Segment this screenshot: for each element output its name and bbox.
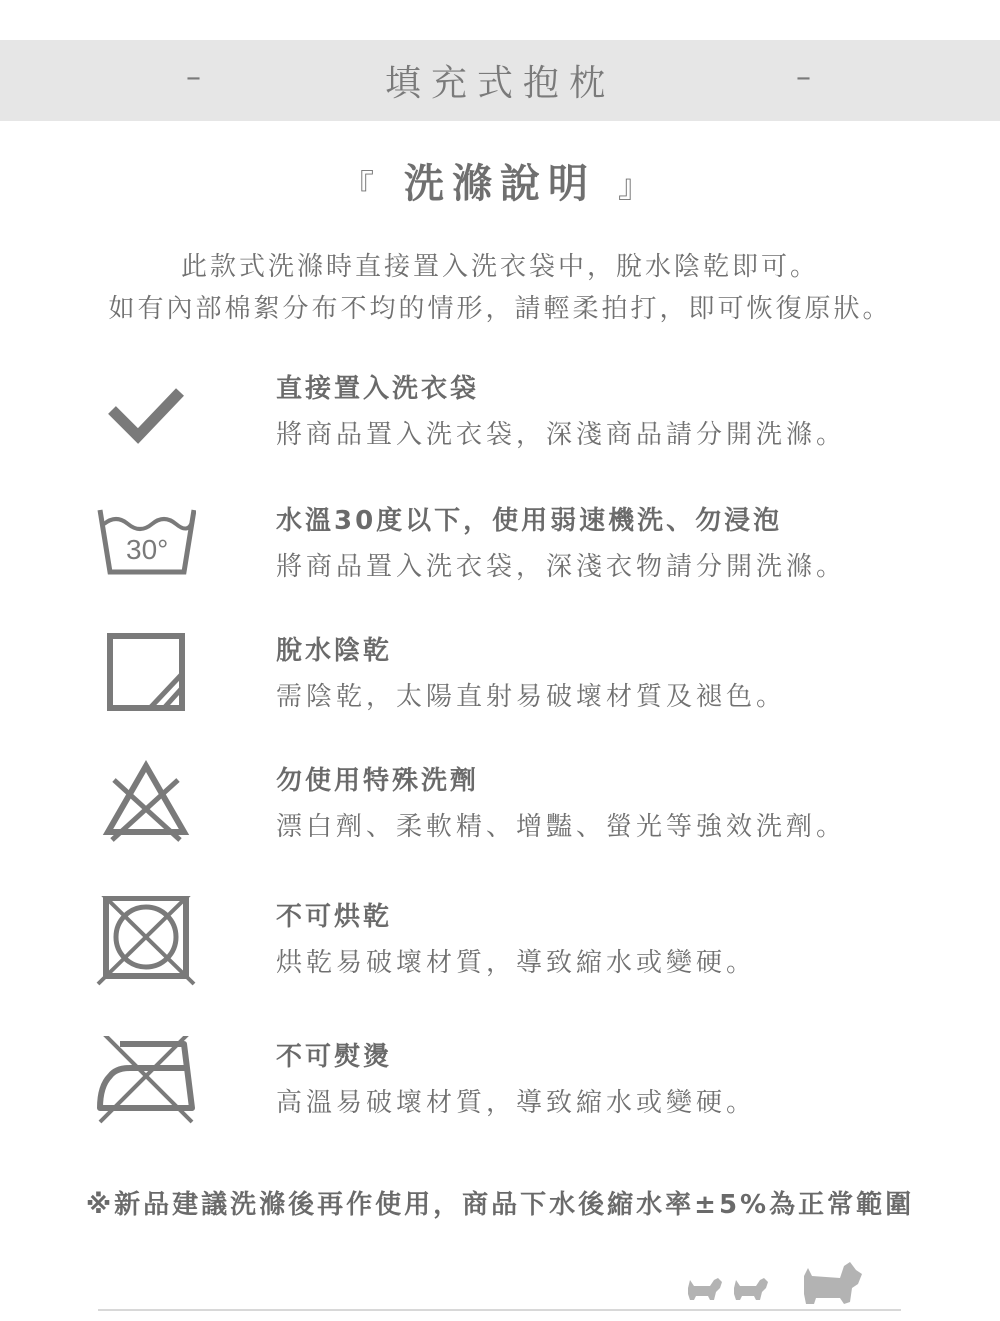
care-item-description: 需陰乾，太陽直射易破壞材質及褪色。 (276, 676, 786, 713)
care-item-heading: 不可烘乾 (276, 896, 392, 933)
care-item-description: 烘乾易破壞材質，導致縮水或變硬。 (276, 942, 756, 979)
no-bleach-icon (96, 760, 196, 860)
care-item-heading: 勿使用特殊洗劑 (276, 760, 479, 797)
care-item-no-iron: 不可熨燙 高溫易破壞材質，導致縮水或變硬。 (0, 1036, 1000, 1146)
svg-text:30°: 30° (126, 534, 168, 565)
dry-in-shade-icon (96, 630, 196, 730)
checkmark-icon (96, 372, 196, 472)
product-banner: – 填充式抱枕 – (0, 40, 1000, 121)
banner-title: 填充式抱枕 (385, 55, 615, 106)
care-item-heading: 直接置入洗衣袋 (276, 368, 479, 405)
banner-dash-right: – (796, 60, 811, 95)
wash-30-icon: 30° (96, 500, 196, 600)
footer-divider (98, 1309, 901, 1311)
intro-line-2: 如有內部棉絮分布不均的情形，請輕柔拍打，即可恢復原狀。 (0, 288, 1000, 330)
care-item-heading: 脫水陰乾 (276, 630, 392, 667)
bracket-close: 』 (618, 167, 658, 205)
care-item-description: 將商品置入洗衣袋，深淺衣物請分開洗滌。 (276, 546, 846, 583)
care-item-description: 將商品置入洗衣袋，深淺商品請分開洗滌。 (276, 414, 846, 451)
care-item-heading: 不可熨燙 (276, 1036, 392, 1073)
care-item-laundry-bag: 直接置入洗衣袋 將商品置入洗衣袋，深淺商品請分開洗滌。 (0, 368, 1000, 478)
intro-line-1: 此款式洗滌時直接置入洗衣袋中，脫水陰乾即可。 (0, 246, 1000, 288)
section-title-text: 洗滌說明 (404, 161, 596, 207)
bracket-open: 『 (342, 167, 382, 205)
care-item-dry-shade: 脫水陰乾 需陰乾，太陽直射易破壞材質及褪色。 (0, 630, 1000, 740)
dog-silhouettes-icon (680, 1258, 880, 1312)
banner-dash-left: – (186, 60, 201, 95)
care-item-heading: 水溫30度以下，使用弱速機洗、勿浸泡 (276, 500, 782, 537)
care-item-description: 漂白劑、柔軟精、增豔、螢光等強效洗劑。 (276, 806, 846, 843)
care-item-no-tumble-dry: 不可烘乾 烘乾易破壞材質，導致縮水或變硬。 (0, 896, 1000, 1006)
care-item-no-bleach: 勿使用特殊洗劑 漂白劑、柔軟精、增豔、螢光等強效洗劑。 (0, 760, 1000, 870)
section-title: 『 洗滌說明 』 (0, 152, 1000, 209)
no-iron-icon (96, 1036, 196, 1136)
shrinkage-note: ※新品建議洗滌後再作使用，商品下水後縮水率±5%為正常範圍 (0, 1184, 1000, 1221)
no-tumble-dry-icon (96, 896, 196, 996)
intro-text: 此款式洗滌時直接置入洗衣袋中，脫水陰乾即可。 如有內部棉絮分布不均的情形，請輕柔… (0, 246, 1000, 330)
care-item-description: 高溫易破壞材質，導致縮水或變硬。 (276, 1082, 756, 1119)
care-item-wash-30: 30° 水溫30度以下，使用弱速機洗、勿浸泡 將商品置入洗衣袋，深淺衣物請分開洗… (0, 500, 1000, 610)
